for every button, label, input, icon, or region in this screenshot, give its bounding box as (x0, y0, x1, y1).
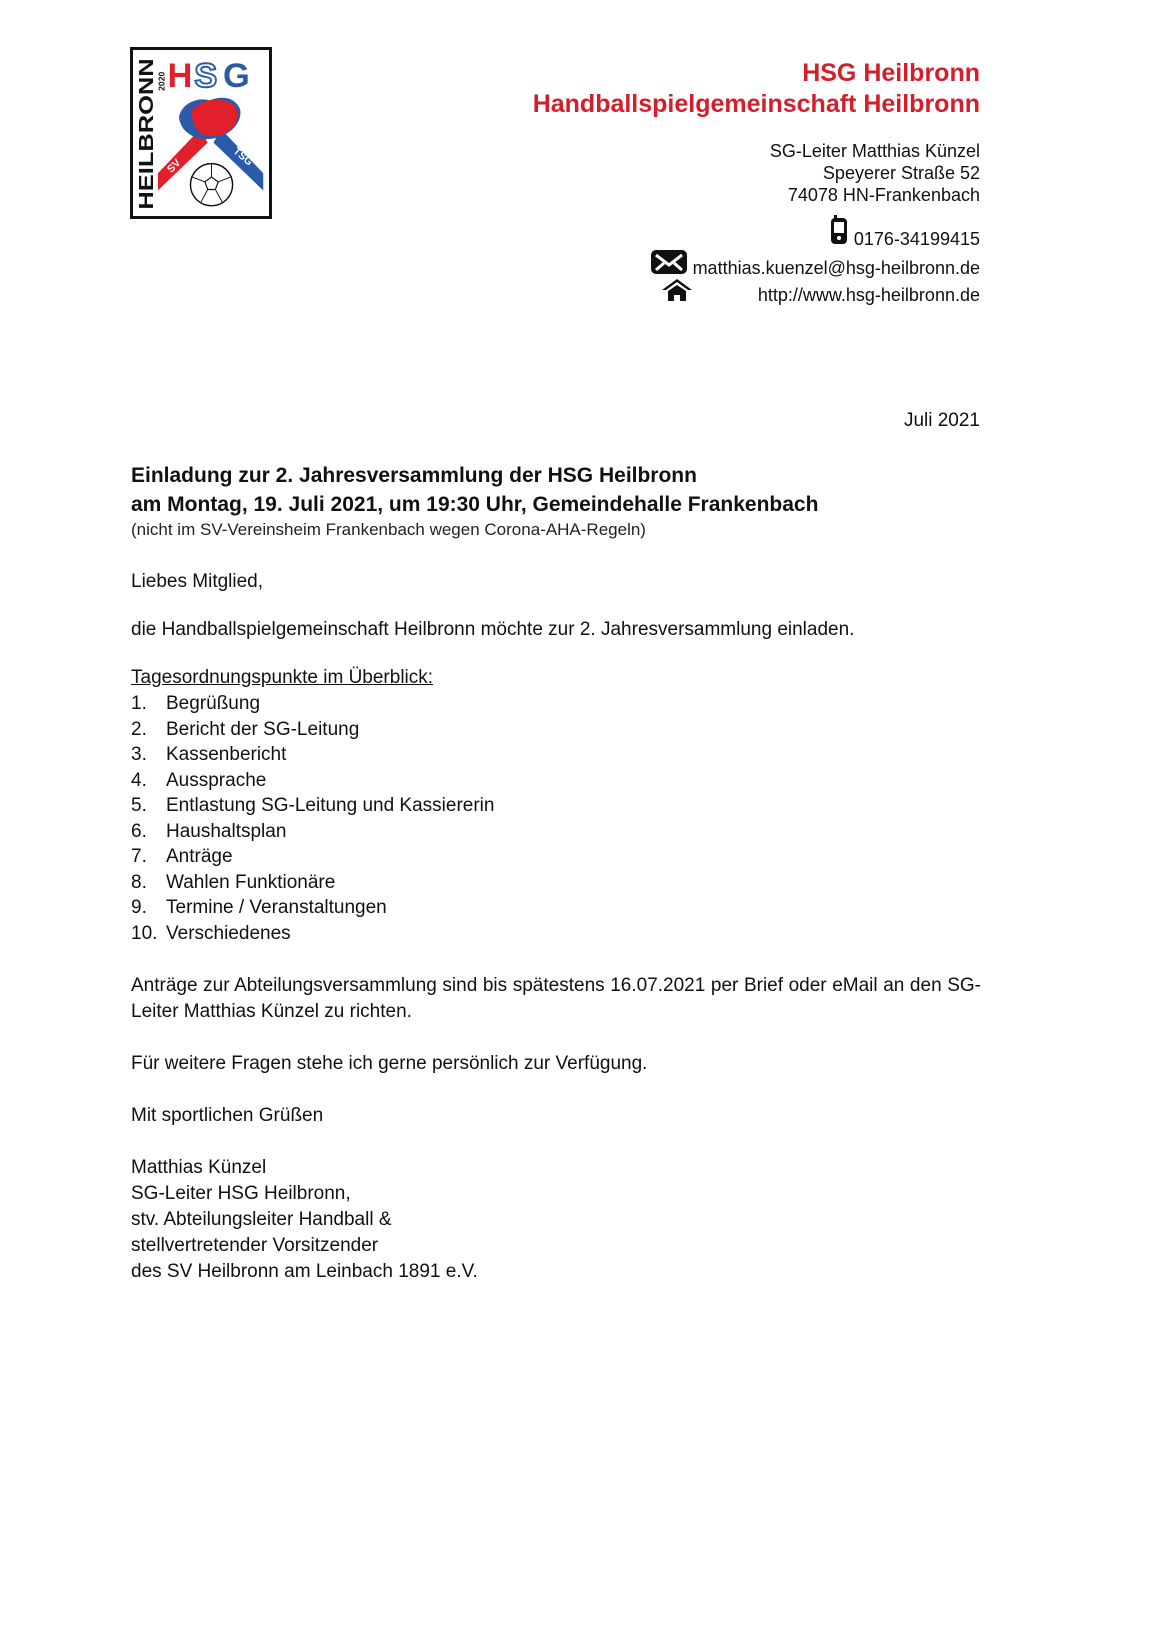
agenda-item-number: 6. (131, 819, 166, 845)
agenda-item-text: Termine / Veranstaltungen (166, 895, 387, 921)
phone-row: 0176-34199415 (651, 215, 980, 250)
agenda-item-number: 7. (131, 844, 166, 870)
address-line: SG-Leiter Matthias Künzel (770, 140, 980, 162)
envelope-icon (651, 250, 687, 279)
agenda-item: 5.Entlastung SG-Leitung und Kassiererin (131, 793, 981, 819)
agenda-item-number: 8. (131, 870, 166, 896)
agenda-item-number: 4. (131, 768, 166, 794)
web-row: http://www.hsg-heilbronn.de (651, 279, 980, 306)
agenda-item-number: 1. (131, 691, 166, 717)
agenda-item-number: 9. (131, 895, 166, 921)
logo-vertical-text: HEILBRONN (136, 58, 158, 209)
agenda-item-text: Anträge (166, 844, 233, 870)
intro-paragraph: die Handballspielgemeinschaft Heilbronn … (131, 617, 981, 643)
hsg-logo: HEILBRONN 2020 H S G SV TSG (130, 47, 272, 219)
email-link[interactable]: matthias.kuenzel@hsg-heilbronn.de (693, 257, 980, 279)
agenda-title: Tagesordnungspunkte im Überblick: (131, 665, 981, 691)
org-header: HSG Heilbronn Handballspielgemeinschaft … (533, 58, 980, 120)
agenda-item-text: Entlastung SG-Leitung und Kassiererin (166, 793, 494, 819)
agenda-item-number: 10. (131, 921, 166, 947)
org-long-name: Handballspielgemeinschaft Heilbronn (533, 88, 980, 120)
signature-line: SG-Leiter HSG Heilbronn, (131, 1181, 981, 1207)
closing: Mit sportlichen Grüßen (131, 1103, 981, 1129)
mobile-phone-icon (830, 215, 848, 250)
agenda-item: 1.Begrüßung (131, 691, 981, 717)
contact-block: 0176-34199415 matthias.kuenzel@hsg-heilb… (651, 215, 980, 306)
logo-letter-g: G (223, 57, 250, 95)
agenda-item-number: 5. (131, 793, 166, 819)
letter-title-line2: am Montag, 19. Juli 2021, um 19:30 Uhr, … (131, 490, 981, 519)
agenda-item-text: Haushaltsplan (166, 819, 286, 845)
agenda-item-text: Wahlen Funktionäre (166, 870, 335, 896)
address-block: SG-Leiter Matthias Künzel Speyerer Straß… (770, 140, 980, 206)
signature-line: des SV Heilbronn am Leinbach 1891 e.V. (131, 1259, 981, 1285)
salutation: Liebes Mitglied, (131, 569, 981, 595)
motions-paragraph: Anträge zur Abteilungsversammlung sind b… (131, 973, 981, 1025)
email-row: matthias.kuenzel@hsg-heilbronn.de (651, 250, 980, 279)
letter-body: Einladung zur 2. Jahresversammlung der H… (131, 461, 981, 1285)
agenda-item-text: Bericht der SG-Leitung (166, 717, 359, 743)
agenda-item-text: Aussprache (166, 768, 266, 794)
letter-title-line1: Einladung zur 2. Jahresversammlung der H… (131, 461, 981, 490)
home-icon (662, 279, 692, 306)
signature-block: Matthias Künzel SG-Leiter HSG Heilbronn,… (131, 1155, 981, 1285)
letter-date: Juli 2021 (904, 410, 980, 432)
agenda-item: 8.Wahlen Funktionäre (131, 870, 981, 896)
website-link[interactable]: http://www.hsg-heilbronn.de (758, 284, 980, 306)
agenda-item: 10.Verschiedenes (131, 921, 981, 947)
agenda-item-text: Begrüßung (166, 691, 260, 717)
agenda-item-number: 2. (131, 717, 166, 743)
questions-paragraph: Für weitere Fragen stehe ich gerne persö… (131, 1051, 981, 1077)
address-line: Speyerer Straße 52 (770, 162, 980, 184)
agenda-item: 7.Anträge (131, 844, 981, 870)
address-line: 74078 HN-Frankenbach (770, 184, 980, 206)
signature-line: Matthias Künzel (131, 1155, 981, 1181)
agenda-item: 9.Termine / Veranstaltungen (131, 895, 981, 921)
phone-number[interactable]: 0176-34199415 (854, 228, 980, 250)
agenda-item-number: 3. (131, 742, 166, 768)
org-short-name: HSG Heilbronn (533, 58, 980, 88)
agenda-list: 1.Begrüßung2.Bericht der SG-Leitung3.Kas… (131, 691, 981, 946)
agenda-item: 3.Kassenbericht (131, 742, 981, 768)
logo-year: 2020 (157, 71, 167, 90)
logo-letter-s: S (194, 57, 217, 95)
agenda-item: 2.Bericht der SG-Leitung (131, 717, 981, 743)
agenda-item: 6.Haushaltsplan (131, 819, 981, 845)
agenda-item: 4.Aussprache (131, 768, 981, 794)
agenda-item-text: Kassenbericht (166, 742, 286, 768)
signature-line: stellvertretender Vorsitzender (131, 1233, 981, 1259)
logo-letter-h: H (167, 57, 192, 95)
agenda-item-text: Verschiedenes (166, 921, 291, 947)
letter-subtitle: (nicht im SV-Vereinsheim Frankenbach weg… (131, 519, 981, 541)
signature-line: stv. Abteilungsleiter Handball & (131, 1207, 981, 1233)
